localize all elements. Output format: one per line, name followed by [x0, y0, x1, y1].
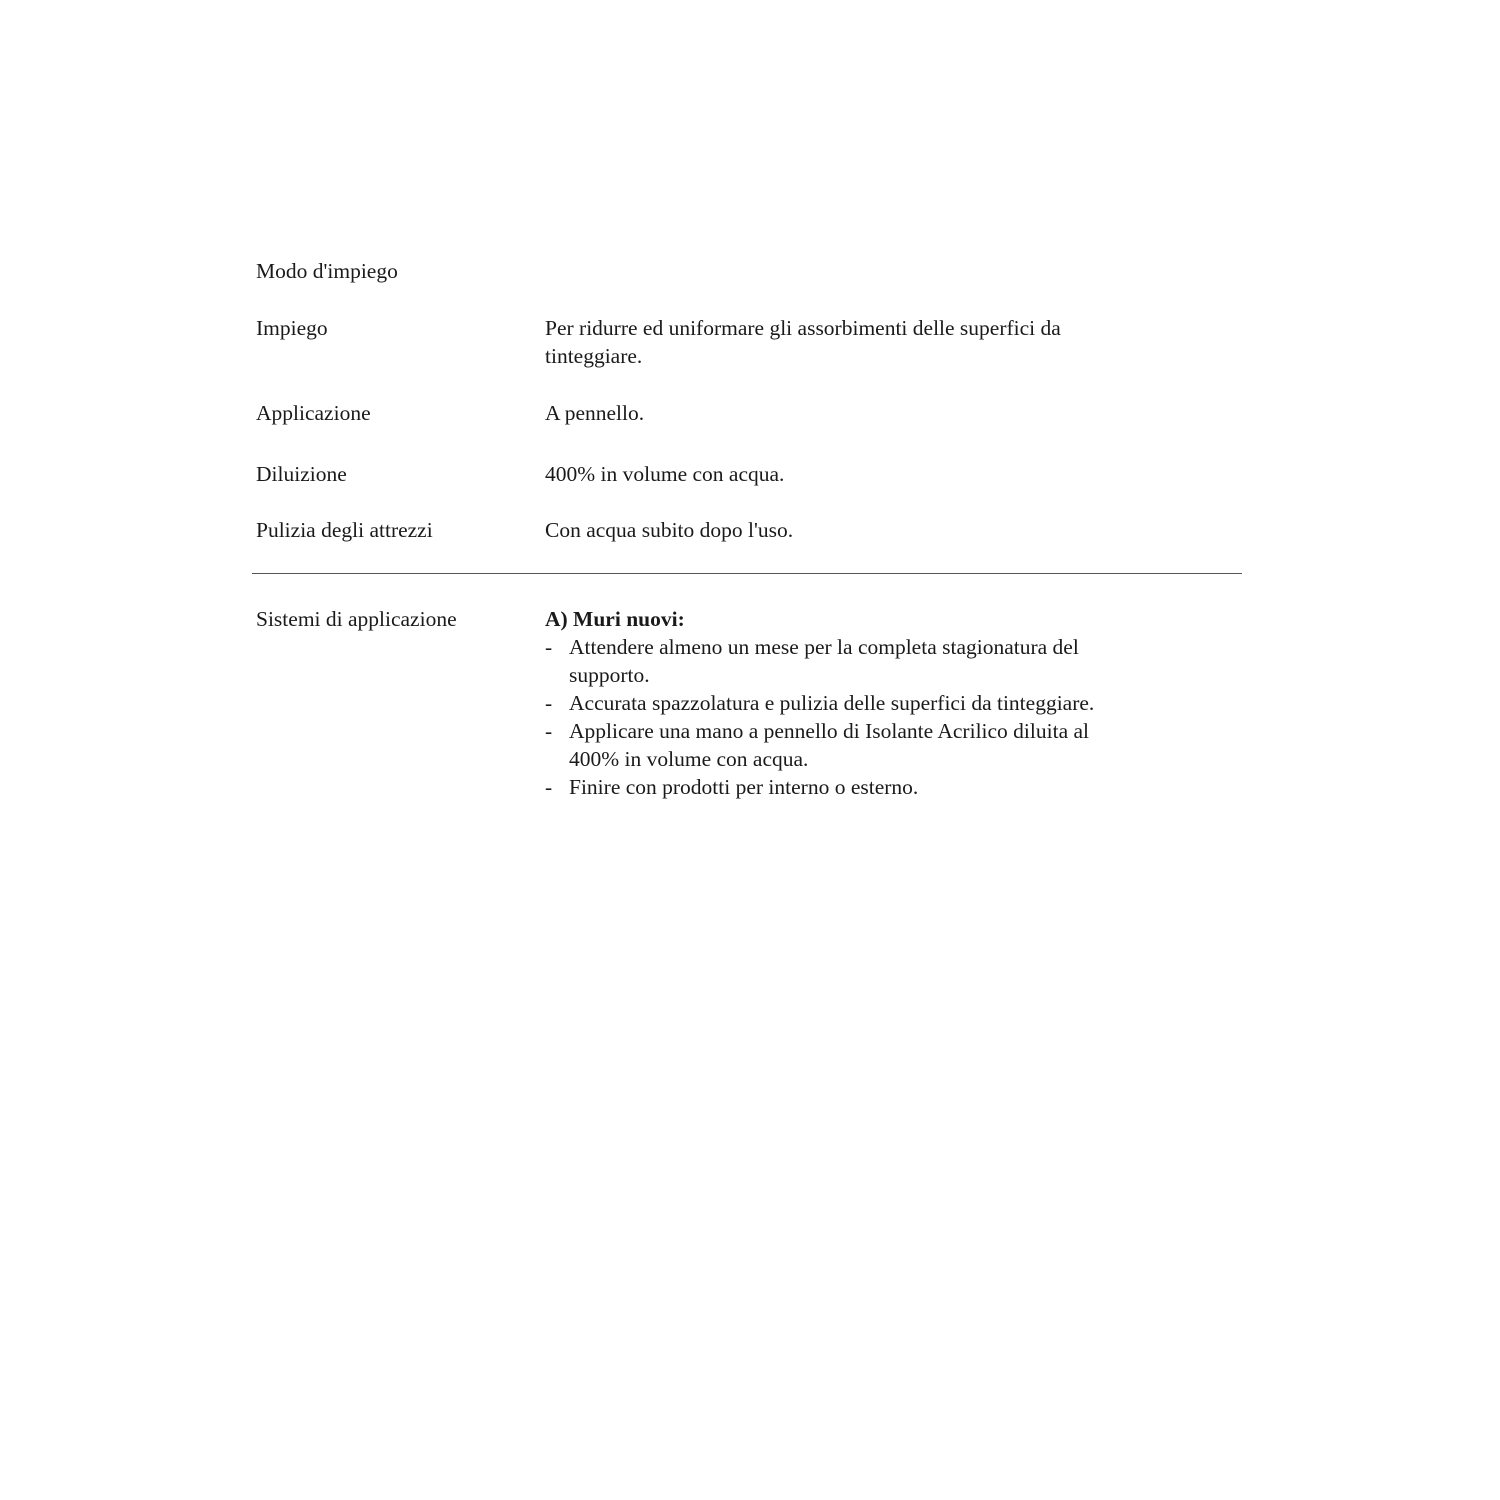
sub-heading-muri-nuovi: A) Muri nuovi: [545, 605, 1185, 633]
field-value: Con acqua subito dopo l'uso. [545, 516, 1185, 544]
field-row-diluizione: Diluizione 400% in volume con acqua. [256, 460, 1246, 488]
document-page: Modo d'impiego Impiego Per ridurre ed un… [0, 0, 1500, 1500]
field-label: Diluizione [256, 460, 545, 488]
list-item: - Accurata spazzolatura e pulizia delle … [545, 689, 1205, 717]
step-text: Accurata spazzolatura e pulizia delle su… [569, 689, 1205, 717]
list-item: - Finire con prodotti per interno o este… [545, 773, 1205, 801]
step-text: Attendere almeno un mese per la completa… [569, 633, 1159, 689]
dash-bullet: - [545, 689, 552, 717]
field-label: Impiego [256, 314, 545, 370]
list-item: - Attendere almeno un mese per la comple… [545, 633, 1159, 689]
field-value: 400% in volume con acqua. [545, 460, 1185, 488]
dash-bullet: - [545, 773, 552, 801]
field-value: Per ridurre ed uniformare gli assorbimen… [545, 314, 1145, 370]
field-row-impiego: Impiego Per ridurre ed uniformare gli as… [256, 314, 1246, 370]
section-title: Modo d'impiego [256, 257, 398, 285]
section-divider [252, 573, 1242, 574]
field-label: Pulizia degli attrezzi [256, 516, 545, 544]
dash-bullet: - [545, 717, 552, 745]
field-value: A pennello. [545, 399, 1185, 427]
dash-bullet: - [545, 633, 552, 661]
application-systems-content: A) Muri nuovi: - Attendere almeno un mes… [545, 605, 1185, 801]
field-label: Applicazione [256, 399, 545, 427]
field-row-applicazione: Applicazione A pennello. [256, 399, 1246, 427]
list-item: - Applicare una mano a pennello di Isola… [545, 717, 1099, 773]
field-row-pulizia: Pulizia degli attrezzi Con acqua subito … [256, 516, 1246, 544]
step-text: Applicare una mano a pennello di Isolant… [569, 717, 1099, 773]
field-row-sistemi-di-applicazione: Sistemi di applicazione A) Muri nuovi: -… [256, 605, 1246, 801]
steps-list: - Attendere almeno un mese per la comple… [545, 633, 1205, 801]
field-label: Sistemi di applicazione [256, 605, 545, 801]
step-text: Finire con prodotti per interno o estern… [569, 773, 1205, 801]
